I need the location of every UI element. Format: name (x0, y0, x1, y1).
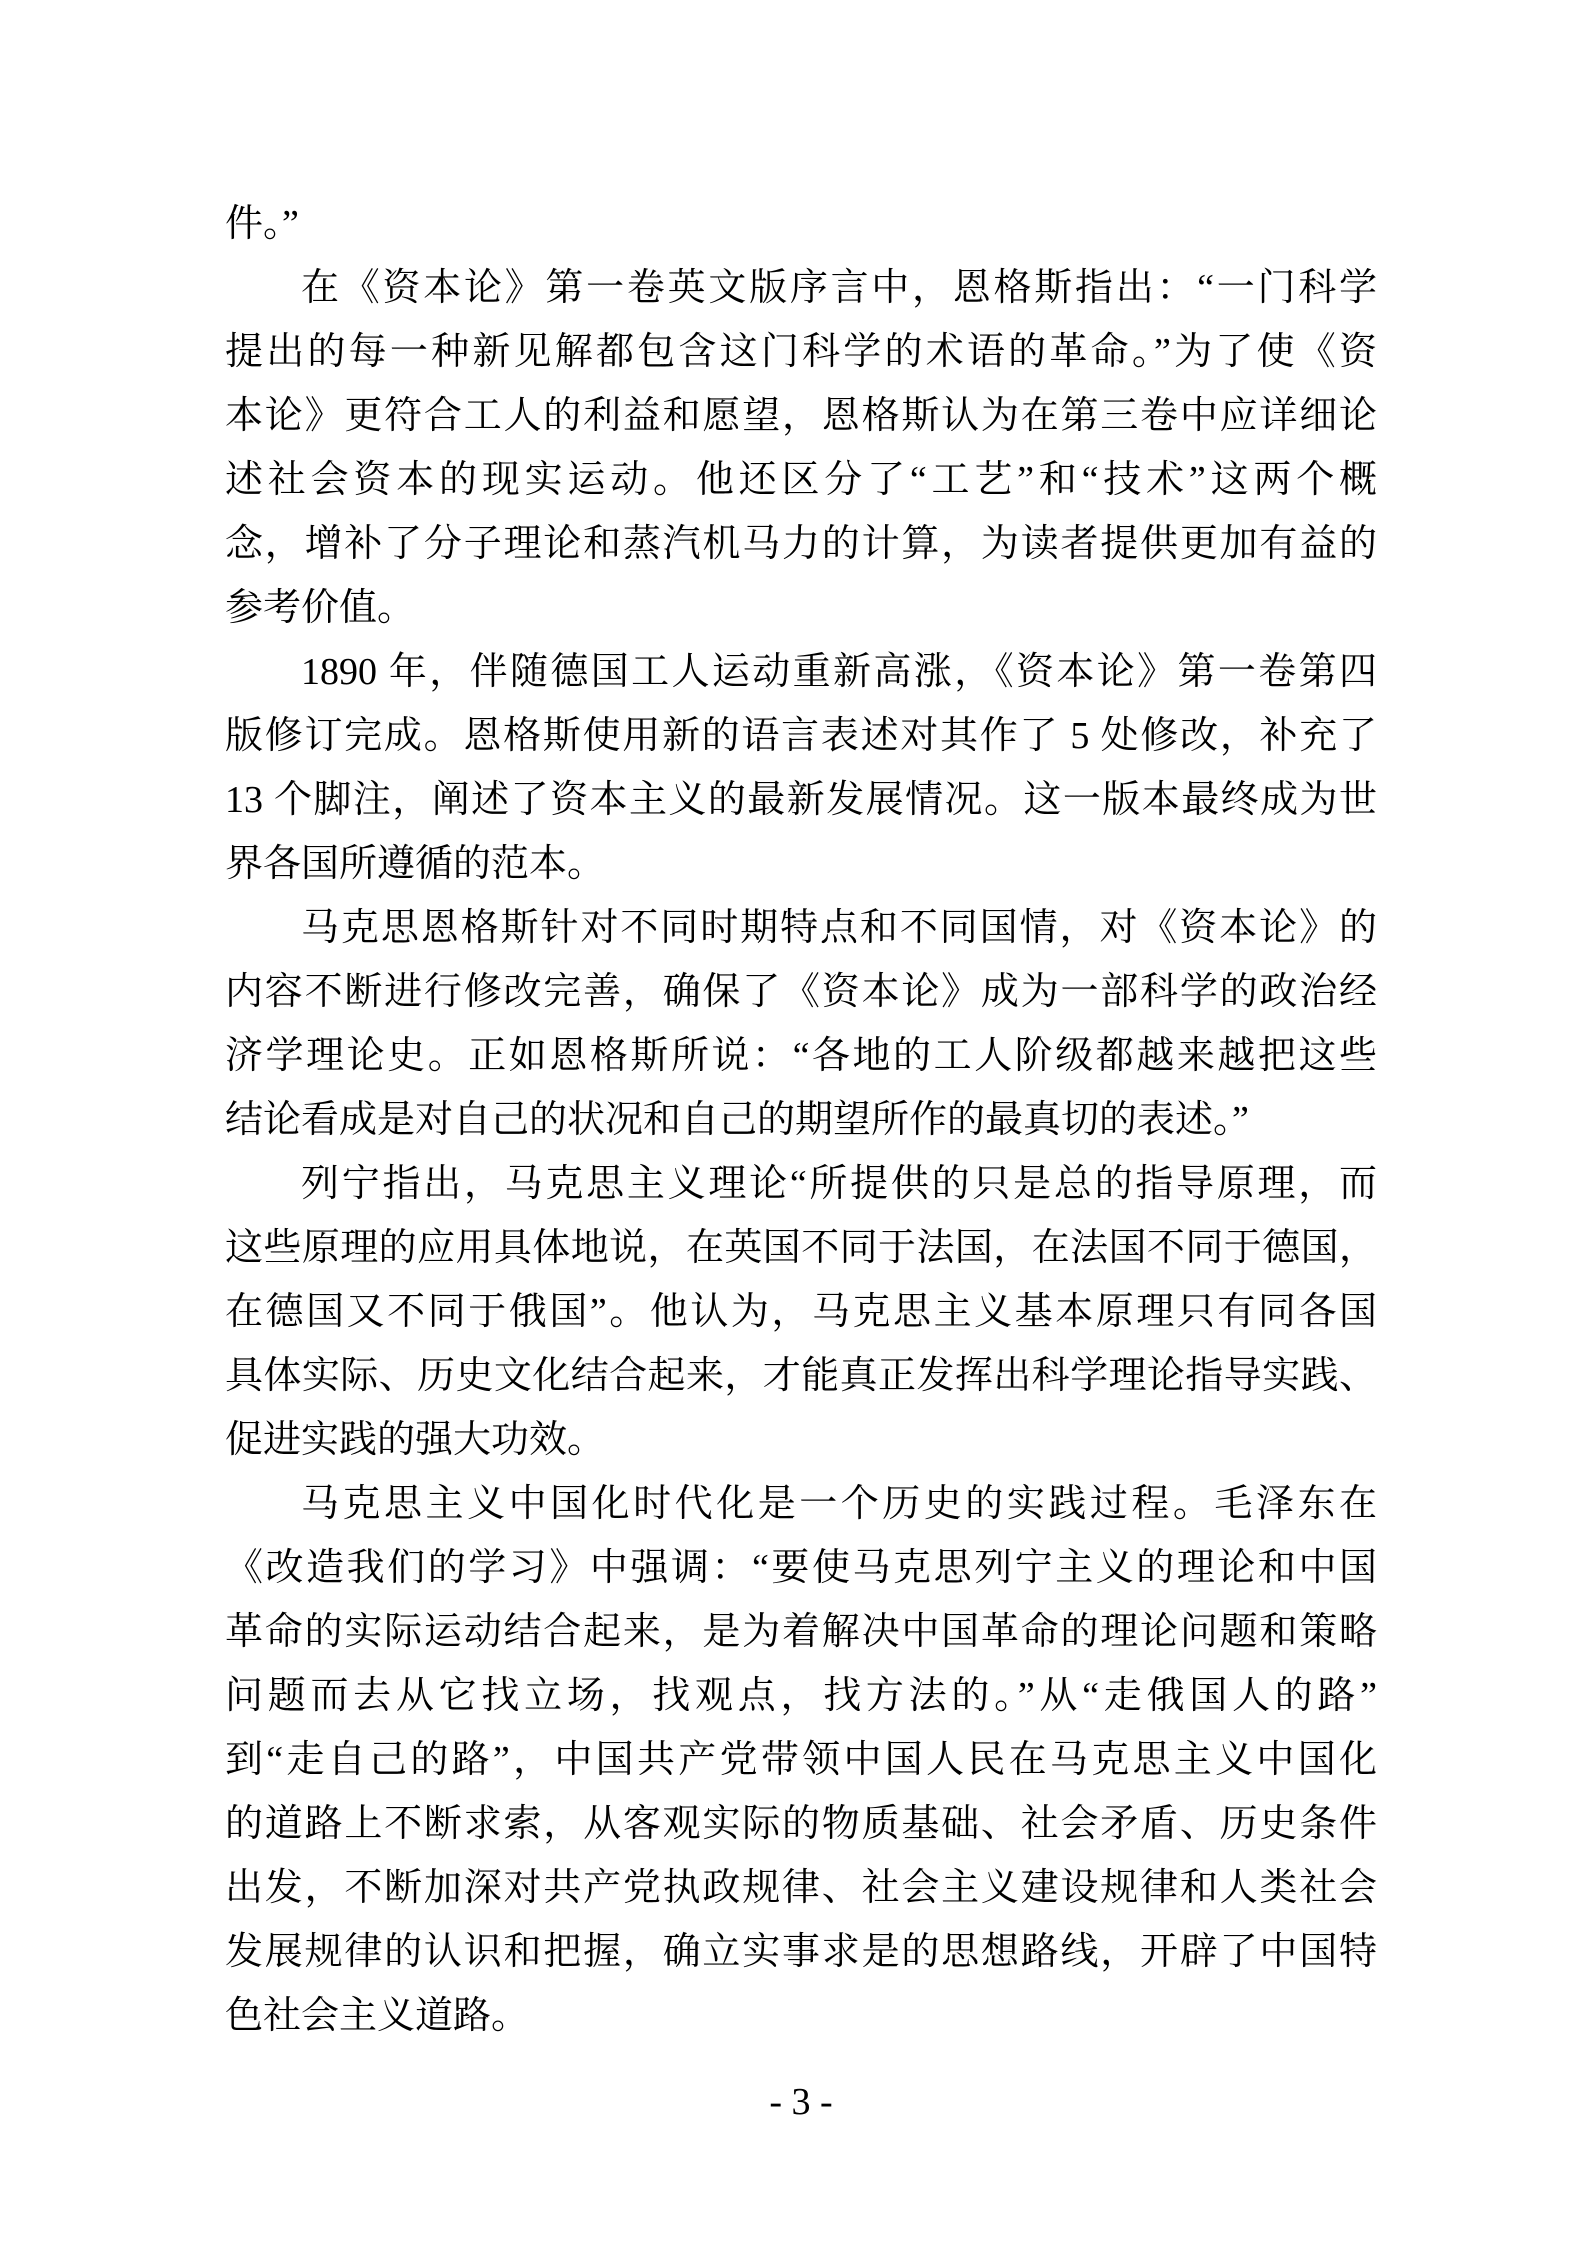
text-line: 本论》更符合工人的利益和愿望，恩格斯认为在第三卷中应详细论 (225, 384, 1377, 448)
text-line: 革命的实际运动结合起来，是为着解决中国革命的理论问题和策略 (225, 1600, 1377, 1664)
text-line: 色社会主义道路。 (225, 1984, 1377, 2048)
text-line: 《改造我们的学习》中强调：“要使马克思列宁主义的理论和中国 (225, 1536, 1377, 1600)
text-line: 念，增补了分子理论和蒸汽机马力的计算，为读者提供更加有益的 (225, 512, 1377, 576)
text-line: 13 个脚注，阐述了资本主义的最新发展情况。这一版本最终成为世 (225, 768, 1377, 832)
text-line: 问题而去从它找立场，找观点，找方法的。”从“走俄国人的路” (225, 1664, 1377, 1728)
text-line: 在《资本论》第一卷英文版序言中，恩格斯指出：“一门科学 (225, 256, 1377, 320)
text-block: 件。”在《资本论》第一卷英文版序言中，恩格斯指出：“一门科学提出的每一种新见解都… (225, 192, 1377, 2048)
text-line: 1890 年，伴随德国工人运动重新高涨，《资本论》第一卷第四 (225, 640, 1377, 704)
text-line: 参考价值。 (225, 576, 1377, 640)
text-line: 济学理论史。正如恩格斯所说：“各地的工人阶级都越来越把这些 (225, 1024, 1377, 1088)
text-line: 件。” (225, 192, 1377, 256)
text-line: 内容不断进行修改完善，确保了《资本论》成为一部科学的政治经 (225, 960, 1377, 1024)
text-line: 这些原理的应用具体地说，在英国不同于法国，在法国不同于德国， (225, 1216, 1377, 1280)
text-line: 促进实践的强大功效。 (225, 1408, 1377, 1472)
text-line: 界各国所遵循的范本。 (225, 832, 1377, 896)
text-line: 出发，不断加深对共产党执政规律、社会主义建设规律和人类社会 (225, 1856, 1377, 1920)
text-line: 版修订完成。恩格斯使用新的语言表述对其作了 5 处修改，补充了 (225, 704, 1377, 768)
text-line: 到“走自己的路”，中国共产党带领中国人民在马克思主义中国化 (225, 1728, 1377, 1792)
text-line: 马克思恩格斯针对不同时期特点和不同国情，对《资本论》的 (225, 896, 1377, 960)
page-number: - 3 - (225, 2080, 1377, 2124)
text-line: 具体实际、历史文化结合起来，才能真正发挥出科学理论指导实践、 (225, 1344, 1377, 1408)
text-line: 马克思主义中国化时代化是一个历史的实践过程。毛泽东在 (225, 1472, 1377, 1536)
text-line: 在德国又不同于俄国”。他认为，马克思主义基本原理只有同各国 (225, 1280, 1377, 1344)
text-line: 提出的每一种新见解都包含这门科学的术语的革命。”为了使《资 (225, 320, 1377, 384)
text-line: 列宁指出，马克思主义理论“所提供的只是总的指导原理，而 (225, 1152, 1377, 1216)
text-line: 的道路上不断求索，从客观实际的物质基础、社会矛盾、历史条件 (225, 1792, 1377, 1856)
document-page: 件。”在《资本论》第一卷英文版序言中，恩格斯指出：“一门科学提出的每一种新见解都… (0, 0, 1587, 2245)
text-line: 结论看成是对自己的状况和自己的期望所作的最真切的表述。” (225, 1088, 1377, 1152)
text-line: 发展规律的认识和把握，确立实事求是的思想路线，开辟了中国特 (225, 1920, 1377, 1984)
text-line: 述社会资本的现实运动。他还区分了“工艺”和“技术”这两个概 (225, 448, 1377, 512)
